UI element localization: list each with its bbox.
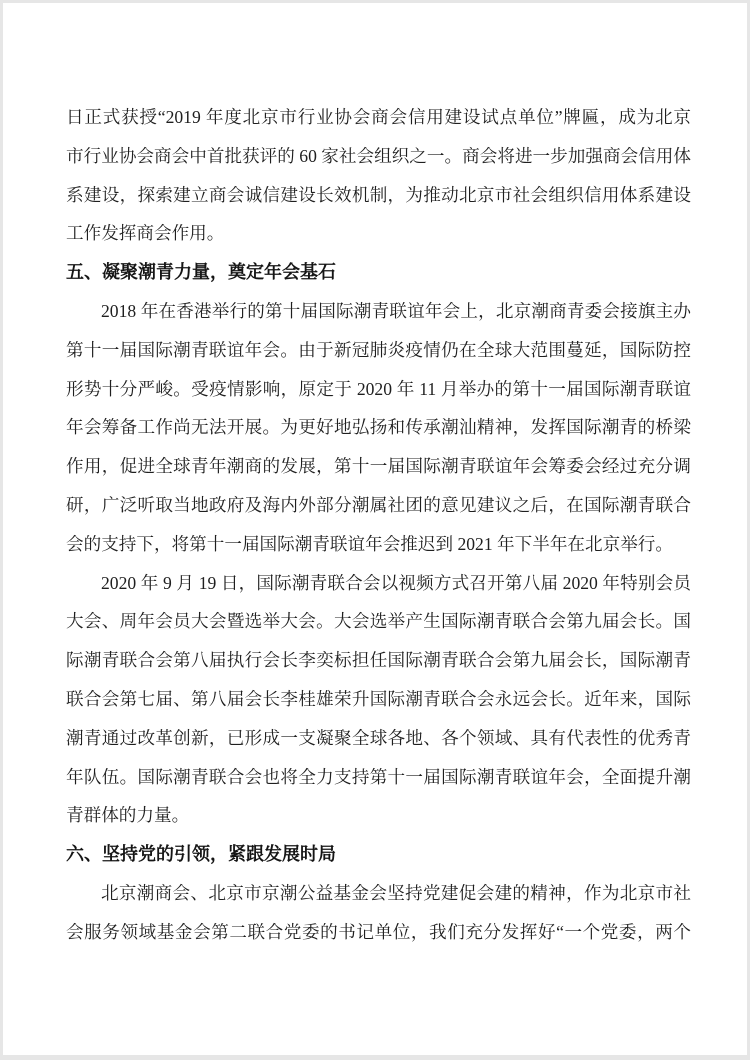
text-line: 工作发挥商会作用。: [66, 214, 691, 253]
text-line: 研，广泛听取当地政府及海内外部分潮属社团的意见建议之后，在国际潮青联合: [66, 486, 691, 525]
text-line: 作用，促进全球青年潮商的发展，第十一届国际潮青联谊年会筹委会经过充分调: [66, 447, 691, 486]
text-line: 潮青通过改革创新，已形成一支凝聚全球各地、各个领域、具有代表性的优秀青: [66, 719, 691, 758]
text-line: 形势十分严峻。受疫情影响，原定于 2020 年 11 月举办的第十一届国际潮青联…: [66, 370, 691, 409]
section-heading-5: 五、凝聚潮青力量，奠定年会基石: [66, 253, 691, 292]
text-line: 市行业协会商会中首批获评的 60 家社会组织之一。商会将进一步加强商会信用体: [66, 137, 691, 176]
text-line: 年会筹备工作尚无法开展。为更好地弘扬和传承潮汕精神，发挥国际潮青的桥梁: [66, 408, 691, 447]
text-line: 大会、周年会员大会暨选举大会。大会选举产生国际潮青联合会第九届会长。国: [66, 602, 691, 641]
text-line: 联合会第七届、第八届会长李桂雄荣升国际潮青联合会永远会长。近年来，国际: [66, 680, 691, 719]
document-text-area: 日正式获授“2019 年度北京市行业协会商会信用建设试点单位”牌匾，成为北京 市…: [66, 98, 691, 952]
document-page: 日正式获授“2019 年度北京市行业协会商会信用建设试点单位”牌匾，成为北京 市…: [0, 0, 750, 1060]
section-heading-6: 六、坚持党的引领，紧跟发展时局: [66, 835, 691, 874]
text-line: 北京潮商会、北京市京潮公益基金会坚持党建促会建的精神，作为北京市社: [66, 874, 691, 913]
text-line: 系建设，探索建立商会诚信建设长效机制，为推动北京市社会组织信用体系建设: [66, 176, 691, 215]
text-line: 际潮青联合会第八届执行会长李奕标担任国际潮青联合会第九届会长，国际潮青: [66, 641, 691, 680]
text-line: 青群体的力量。: [66, 796, 691, 835]
text-line: 第十一届国际潮青联谊年会。由于新冠肺炎疫情仍在全球大范围蔓延，国际防控: [66, 331, 691, 370]
text-line: 2020 年 9 月 19 日，国际潮青联合会以视频方式召开第八届 2020 年…: [66, 564, 691, 603]
text-line: 会的支持下，将第十一届国际潮青联谊年会推迟到 2021 年下半年在北京举行。: [66, 525, 691, 564]
text-line: 2018 年在香港举行的第十届国际潮青联谊年会上，北京潮商青委会接旗主办: [66, 292, 691, 331]
text-line: 日正式获授“2019 年度北京市行业协会商会信用建设试点单位”牌匾，成为北京: [66, 98, 691, 137]
text-line: 会服务领域基金会第二联合党委的书记单位，我们充分发挥好“一个党委，两个: [66, 913, 691, 952]
text-line: 年队伍。国际潮青联合会也将全力支持第十一届国际潮青联谊年会，全面提升潮: [66, 758, 691, 797]
